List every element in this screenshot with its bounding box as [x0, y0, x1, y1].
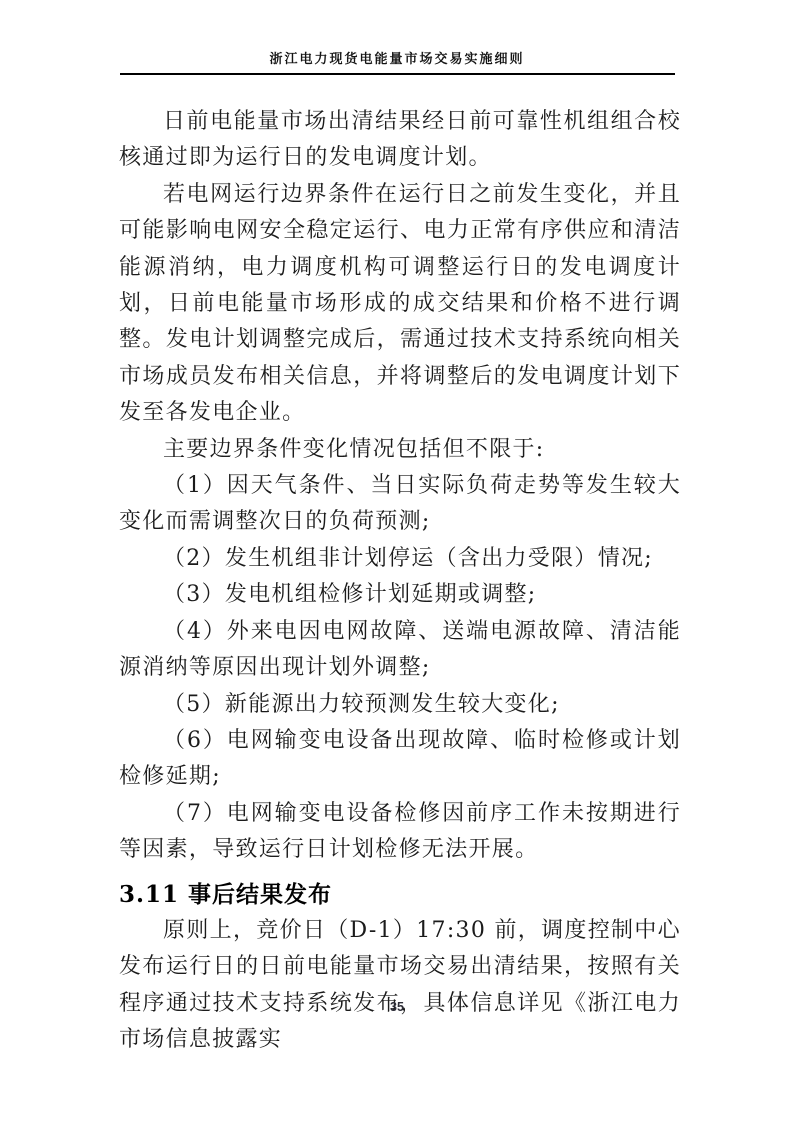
paragraph-section-3-11: 原则上，竞价日（D-1）17:30 前，调度控制中心发布运行日的日前电能量市场交… [119, 913, 681, 1059]
paragraph-intro-1: 日前电能量市场出清结果经日前可靠性机组组合校核通过即为运行日的发电调度计划。 [119, 104, 681, 177]
document-body: 日前电能量市场出清结果经日前可靠性机组组合校核通过即为运行日的发电调度计划。 若… [119, 104, 681, 1059]
list-item-6: （6）电网输变电设备出现故障、临时检修或计划检修延期; [119, 723, 681, 796]
page-number: 35 [0, 1000, 794, 1014]
paragraph-intro-2: 若电网运行边界条件在运行日之前发生变化，并且可能影响电网安全稳定运行、电力正常有… [119, 177, 681, 432]
paragraph-intro-3: 主要边界条件变化情况包括但不限于: [119, 432, 681, 468]
list-item-1: （1）因天气条件、当日实际负荷走势等发生较大变化而需调整次日的负荷预测; [119, 468, 681, 541]
list-item-7: （7）电网输变电设备检修因前序工作未按期进行等因素，导致运行日计划检修无法开展。 [119, 796, 681, 869]
header-rule [120, 73, 675, 75]
list-item-2: （2）发生机组非计划停运（含出力受限）情况; [119, 541, 681, 577]
page-header-title: 浙江电力现货电能量市场交易实施细则 [0, 48, 794, 67]
list-item-5: （5）新能源出力较预测发生较大变化; [119, 687, 681, 723]
section-heading-3-11: 3.11 事后结果发布 [119, 877, 681, 913]
document-page: 浙江电力现货电能量市场交易实施细则 日前电能量市场出清结果经日前可靠性机组组合校… [0, 0, 794, 1123]
list-item-4: （4）外来电因电网故障、送端电源故障、清洁能源消纳等原因出现计划外调整; [119, 614, 681, 687]
list-item-3: （3）发电机组检修计划延期或调整; [119, 577, 681, 613]
